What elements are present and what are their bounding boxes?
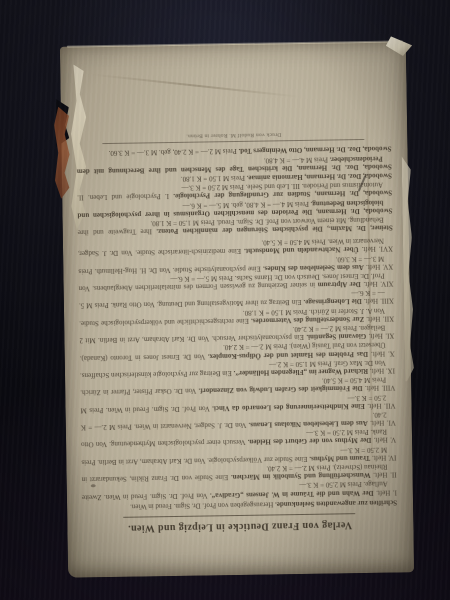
entry-title: Giovanni Segantini. bbox=[306, 332, 366, 341]
entry-title: Traum und Mythus. bbox=[309, 454, 370, 463]
entry-pre: VIII. Heft. bbox=[362, 384, 395, 393]
entry-pre: I. Heft. bbox=[373, 488, 396, 496]
entry-pre: VII. Heft. bbox=[365, 401, 396, 409]
torn-edge-right bbox=[402, 156, 415, 381]
entry-pre: II. Heft. bbox=[370, 471, 396, 479]
series-editor: Herausgegeben von Prof. Dr. Sigm. Freud … bbox=[130, 500, 275, 510]
page-text-rotated: Verlag von Franz Deuticke in Leipzig und… bbox=[75, 42, 398, 578]
entry-title: Zur Sonderstellung des Vatermordes. bbox=[251, 315, 364, 325]
entry-title: Der Wahn und die Träume in W. Jensens „G… bbox=[210, 488, 374, 499]
entry-title: Aus dem Liebesleben Nikolaus Lenaus. bbox=[248, 419, 367, 429]
entry-title: Die Lohengrinsage. bbox=[303, 298, 361, 307]
entry-title: Der Alptraum bbox=[318, 280, 361, 289]
entry-title: Der Mythus von der Geburt des Helden. bbox=[248, 436, 372, 446]
catalog-entry: Steiner, Dr. Maxim., Die psychischen Stö… bbox=[78, 216, 393, 237]
entry-title: Über Nachtwandeln und Mondsucht. bbox=[244, 245, 359, 255]
imprint-rule bbox=[103, 139, 365, 144]
rust-stain bbox=[54, 107, 70, 199]
entry-rest: Preis M 1.50 = K 1.80. bbox=[181, 174, 247, 183]
photo-background: Verlag von Franz Deuticke in Leipzig und… bbox=[0, 0, 450, 600]
header-rule bbox=[124, 513, 356, 518]
entry-pre: IV. Heft. bbox=[370, 453, 396, 461]
entry-pre: XV. Heft. bbox=[364, 262, 394, 270]
publisher-header: Verlag von Franz Deuticke in Leipzig und… bbox=[82, 519, 397, 535]
entry-pre: XIII. Heft. bbox=[362, 297, 394, 306]
entry-pre: XIV. Heft. bbox=[361, 280, 394, 289]
entry-pre: VI. Heft. bbox=[368, 419, 396, 427]
book-page: Verlag von Franz Deuticke in Leipzig und… bbox=[60, 41, 414, 577]
entry-pre: XVI. Heft. bbox=[359, 245, 394, 254]
entry-pre: XI. Heft. bbox=[366, 332, 394, 340]
entry-pre: XII. Heft. bbox=[364, 314, 394, 322]
entry-pre: IX. Heft. bbox=[368, 366, 395, 374]
entry-title: Aus dem Seelenleben des Kindes. bbox=[263, 263, 364, 273]
entry-pre: V. Heft. bbox=[371, 436, 396, 444]
entry-rest: Preis M 4.— = K 4.80. bbox=[264, 155, 330, 164]
series-title: Schriften zur angewandten Seelenkunde. bbox=[275, 499, 397, 509]
entry-pre: X. Heft. bbox=[368, 349, 395, 357]
